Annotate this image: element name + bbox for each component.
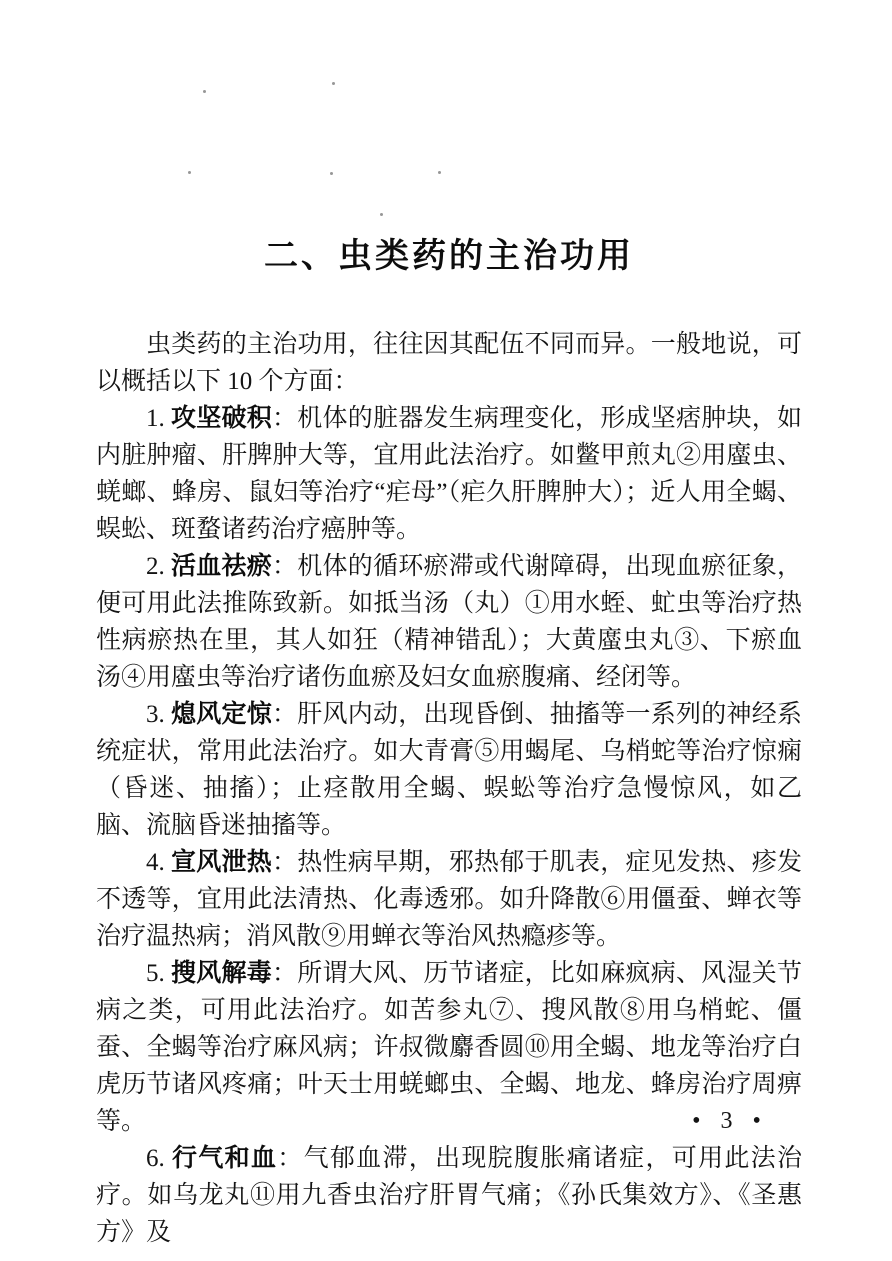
scan-speck (438, 171, 441, 174)
scan-speck (188, 171, 191, 174)
section-number: 6. (146, 1145, 171, 1172)
section-heading: 活血祛瘀 (171, 552, 272, 580)
scanned-book-page: 二、虫类药的主治功用 虫类药的主治功用，往往因其配伍不同而异。一般地说，可以概括… (0, 0, 892, 1261)
section-number: 5. (146, 960, 171, 987)
section-number: 4. (146, 849, 171, 876)
page-title: 二、虫类药的主治功用 (96, 228, 802, 277)
section-paragraph-3: 3.熄风定惊：肝风内动，出现昏倒、抽搐等一系列的神经系统症状，常用此法治疗。如大… (96, 696, 802, 844)
section-paragraph-2: 2.活血祛瘀：机体的循环瘀滞或代谢障碍，出现血瘀征象，便可用此法推陈致新。如抵当… (96, 548, 802, 696)
section-heading: 宣风泄热 (171, 848, 272, 876)
section-heading: 熄风定惊 (171, 700, 272, 728)
section-paragraph-6: 6.行气和血：气郁血滞，出现脘腹胀痛诸症，可用此法治疗。如乌龙丸⑪用九香虫治疗肝… (96, 1140, 802, 1251)
section-paragraph-4: 4.宣风泄热：热性病早期，邪热郁于肌表，症见发热、疹发不透等，宜用此法清热、化毒… (96, 844, 802, 955)
section-number: 1. (146, 405, 171, 432)
section-heading: 行气和血 (171, 1144, 278, 1172)
section-number: 2. (146, 553, 171, 580)
scan-speck (332, 82, 335, 85)
scan-speck (380, 213, 383, 216)
intro-paragraph: 虫类药的主治功用，往往因其配伍不同而异。一般地说，可以概括以下 10 个方面： (96, 326, 802, 400)
scan-speck (203, 90, 206, 93)
section-paragraph-1: 1.攻坚破积：机体的脏器发生病理变化，形成坚痞肿块，如内脏肿瘤、肝脾肿大等，宜用… (96, 400, 802, 548)
page-number: • 3 • (660, 1108, 800, 1135)
section-heading: 攻坚破积 (171, 404, 272, 432)
scan-speck (330, 172, 333, 175)
section-number: 3. (146, 701, 171, 728)
section-heading: 搜风解毒 (171, 959, 272, 987)
